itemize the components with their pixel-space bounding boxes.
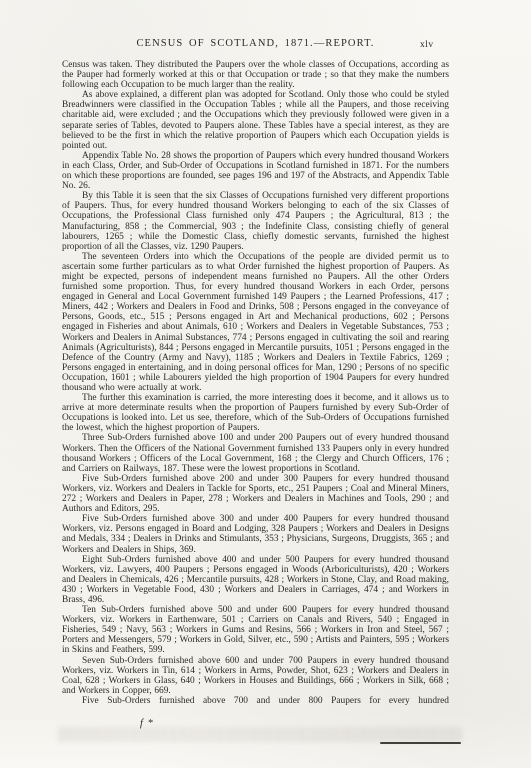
paragraph: The further this examination is carried,…	[62, 393, 449, 433]
paragraph: Ten Sub-Orders furnished above 500 and u…	[62, 605, 449, 655]
paragraph: Five Sub-Orders furnished above 700 and …	[62, 696, 449, 706]
paragraph: Five Sub-Orders furnished above 200 and …	[62, 474, 449, 514]
page-body-text: Census was taken. They distributed the P…	[62, 60, 449, 706]
paragraph: Seven Sub-Orders furnished above 600 and…	[62, 656, 449, 696]
paragraph: By this Table it is seen that the six Cl…	[62, 191, 449, 252]
paragraph: Three Sub-Orders furnished above 100 and…	[62, 433, 449, 473]
printers-signature-mark: f *	[140, 718, 154, 729]
paragraph: Appendix Table No. 28 shows the proporti…	[62, 151, 449, 191]
paragraph: As above explained, a different plan was…	[62, 90, 449, 151]
paragraph: Five Sub-Orders furnished above 300 and …	[62, 514, 449, 554]
page-number: xlv	[420, 40, 450, 50]
bottom-rule	[380, 742, 461, 744]
running-header-title: CENSUS OF SCOTLAND, 1871.—REPORT.	[62, 38, 449, 49]
paragraph: The seventeen Orders into which the Occu…	[62, 252, 449, 393]
paragraph: Eight Sub-Orders furnished above 400 and…	[62, 555, 449, 605]
paragraph: Census was taken. They distributed the P…	[62, 60, 449, 90]
scan-smudge-artifact	[58, 727, 462, 742]
document-page: CENSUS OF SCOTLAND, 1871.—REPORT. xlv Ce…	[0, 0, 531, 768]
